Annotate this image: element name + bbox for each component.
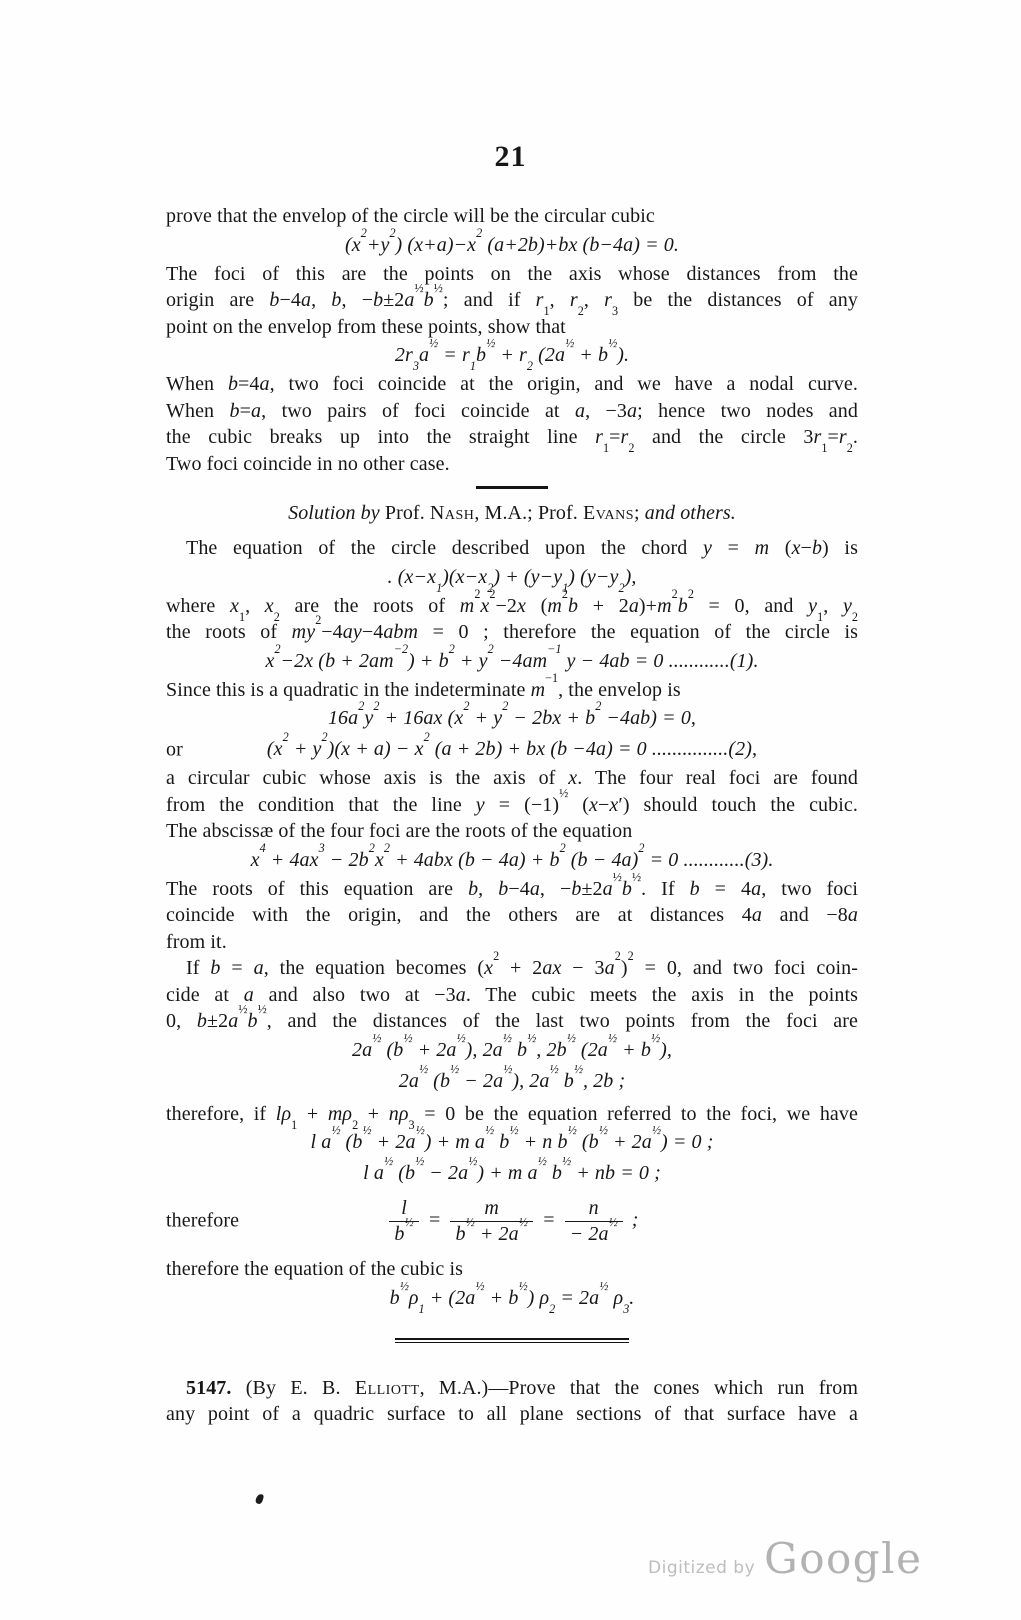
equation-body: (x2 + y2)(x + a) − x2 (a + 2b) + bx (b −…	[267, 738, 757, 760]
text-line: The foci of this are the points on the a…	[166, 261, 858, 288]
text-line: The abscissæ of the four foci are the ro…	[166, 818, 858, 845]
page-number: 21	[0, 140, 1021, 174]
text-line: Two foci coincide in no other case.	[166, 451, 858, 478]
equation-body: lb½ = mb½ + 2a½ = n− 2a½ ;	[385, 1209, 638, 1231]
equation-line: or(x2 + y2)(x + a) − x2 (a + 2b) + bx (b…	[166, 734, 858, 765]
text-line: When b=4a, two foci coincide at the orig…	[166, 371, 858, 398]
equation-line: 2a½ (b½ + 2a½), 2a½ b½, 2b½ (2a½ + b½),	[166, 1035, 858, 1066]
text-line: the roots of my2−4ay−4abm = 0 ; therefor…	[166, 619, 858, 646]
text-line: If b = a, the equation becomes (x2 + 2ax…	[166, 955, 858, 982]
equation-line: . (x−x1)(x−x2) + (y−y1) (y−y2),	[166, 562, 858, 593]
lead-word: or	[166, 734, 183, 765]
equation-line: 2a½ (b½ − 2a½), 2a½ b½, 2b ;	[166, 1066, 858, 1097]
lead-word: therefore	[166, 1209, 239, 1232]
document-content: prove that the envelop of the circle wil…	[166, 203, 858, 1428]
text-line: therefore the equation of the cubic is	[166, 1256, 858, 1283]
watermark: Digitized by Google	[648, 1534, 922, 1583]
text-line: 5147. (By E. B. Elliott, M.A.)—Prove tha…	[166, 1375, 858, 1402]
ink-speck	[255, 1493, 264, 1504]
text-line: origin are b−4a, b, −b±2a½b½; and if r1,…	[166, 287, 858, 314]
text-line: prove that the envelop of the circle wil…	[166, 203, 858, 230]
text-line: 0, b±2a½b½, and the distances of the las…	[166, 1008, 858, 1035]
equation-line: x2−2x (b + 2am−2) + b2 + y2 −4am−1 y − 4…	[166, 646, 858, 677]
separator-rule-single	[476, 486, 548, 489]
text-line: Since this is a quadratic in the indeter…	[166, 677, 858, 704]
watermark-prefix: Digitized by	[648, 1558, 755, 1578]
text-line: When b=a, two pairs of foci coincide at …	[166, 398, 858, 425]
google-logo: Google	[764, 1534, 922, 1583]
equation-line: x4 + 4ax3 − 2b2x2 + 4abx (b − 4a) + b2 (…	[166, 845, 858, 876]
solution-heading: Solution by Prof. Nash, M.A.; Prof. Evan…	[166, 497, 858, 529]
equation-line: 16a2y2 + 16ax (x2 + y2 − 2bx + b2 −4ab) …	[166, 703, 858, 734]
equation-line: b½ρ1 + (2a½ + b½) ρ2 = 2a½ ρ3.	[166, 1283, 858, 1314]
text-line: coincide with the origin, and the others…	[166, 902, 858, 929]
scanned-book-page: 21 prove that the envelop of the circle …	[0, 0, 1021, 1620]
text-line: The roots of this equation are b, b−4a, …	[166, 876, 858, 903]
text-line: any point of a quadric surface to all pl…	[166, 1401, 858, 1428]
text-line: from the condition that the line y = (−1…	[166, 792, 858, 819]
text-line: point on the envelop from these points, …	[166, 314, 858, 341]
equation-line: (x2+y2) (x+a)−x2 (a+2b)+bx (b−4a) = 0.	[166, 230, 858, 261]
text-line: where x1, x2 are the roots of m2x2−2x (m…	[166, 593, 858, 620]
equation-line: thereforelb½ = mb½ + 2a½ = n− 2a½ ;	[166, 1189, 858, 1252]
text-line: a circular cubic whose axis is the axis …	[166, 765, 858, 792]
text-line: cide at a and also two at −3a. The cubic…	[166, 982, 858, 1009]
equation-line: 2r3a½ = r1b½ + r2 (2a½ + b½).	[166, 340, 858, 371]
text-line: the cubic breaks up into the straight li…	[166, 424, 858, 451]
separator-rule-double	[395, 1338, 629, 1343]
text-line: from it.	[166, 929, 858, 956]
text-line: The equation of the circle described upo…	[166, 535, 858, 562]
equation-line: l a½ (b½ + 2a½) + m a½ b½ + n b½ (b½ + 2…	[166, 1127, 858, 1158]
equation-line: l a½ (b½ − 2a½) + m a½ b½ + nb = 0 ;	[166, 1158, 858, 1189]
